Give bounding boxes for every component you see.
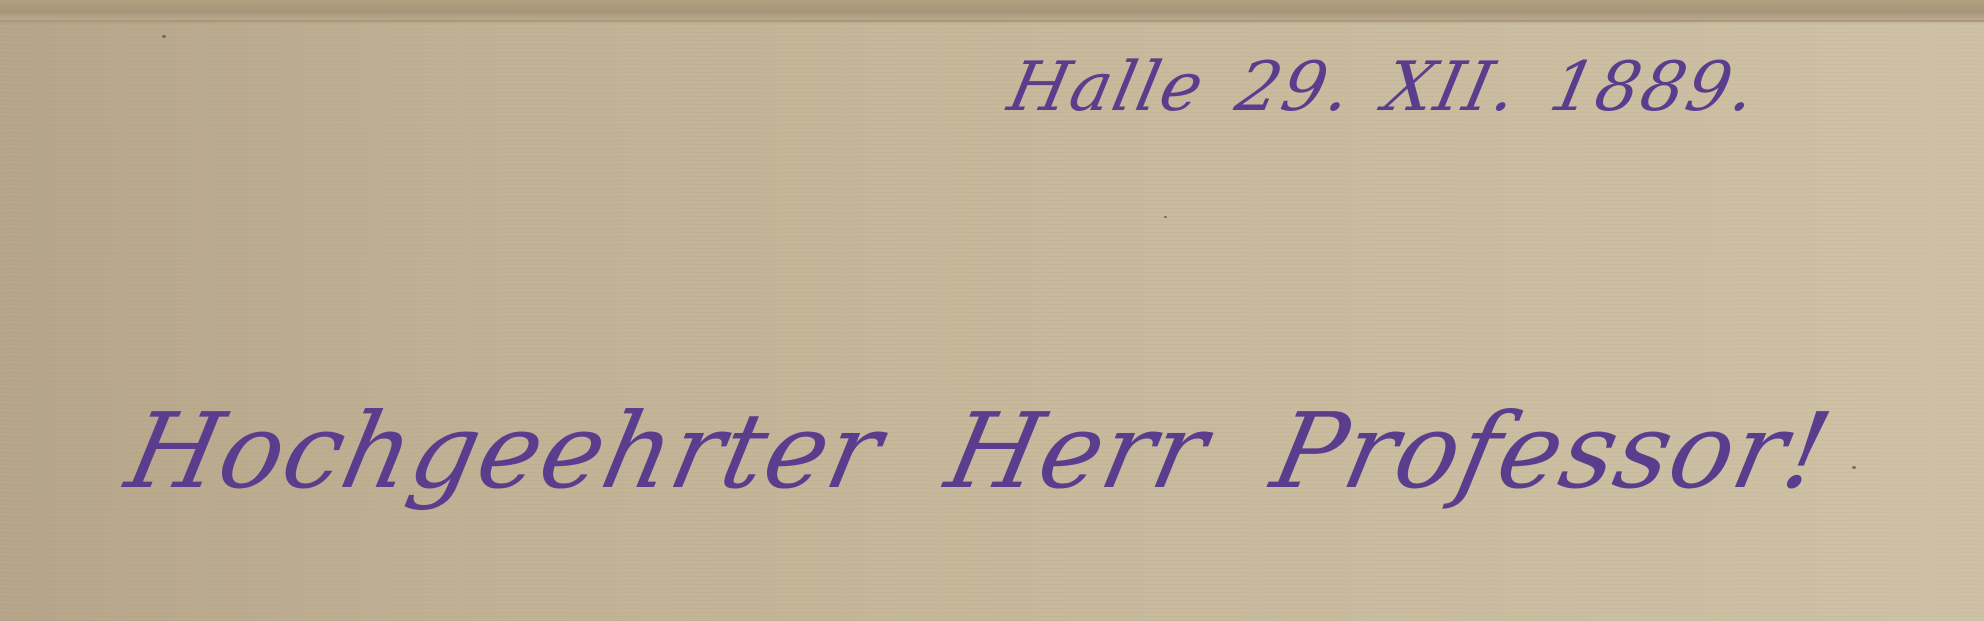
salutation: Hochgeehrter Herr Professor! [117,390,1842,512]
date-line: Halle 29. XII. 1889. [1002,48,1765,127]
date-place: Halle [1002,48,1212,127]
date-day: 29. [1229,48,1360,127]
date-year: 1889. [1543,48,1764,127]
salutation-word-1: Hochgeehrter [117,390,893,512]
paper-edge-shadow [0,20,1984,24]
date-month: XII. [1377,48,1526,127]
paper-speck [1164,216,1167,218]
ink-speck [1852,466,1856,469]
paper-speck [162,35,166,38]
paper-top-edge [0,0,1984,22]
salutation-word-2: Herr [937,390,1219,512]
salutation-word-3: Professor! [1263,390,1842,512]
